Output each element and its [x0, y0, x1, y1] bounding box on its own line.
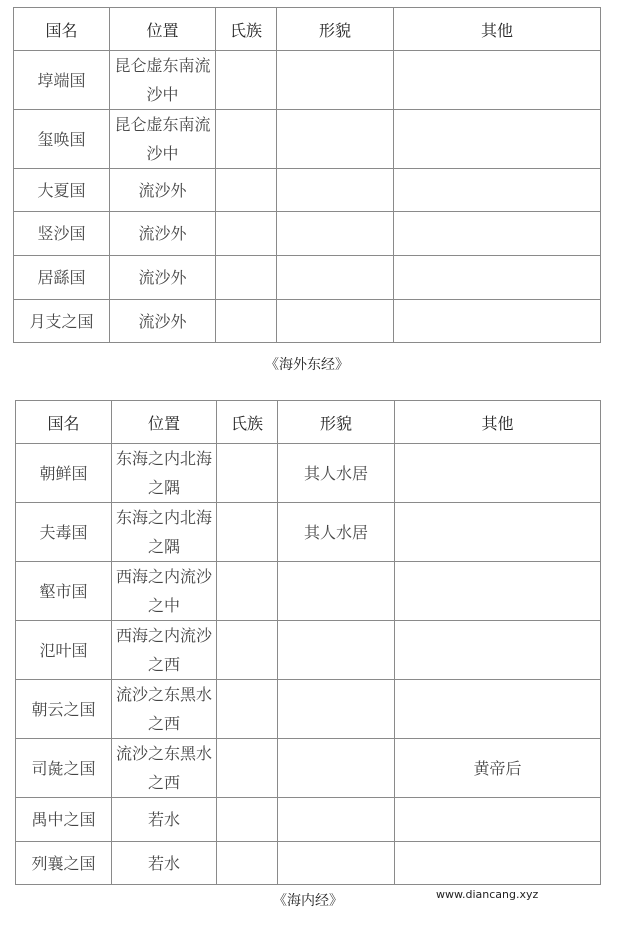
table-row: 朝云之国 流沙之东黑水之西: [16, 680, 601, 739]
header-clan: 氏族: [216, 8, 277, 51]
cell-location: 西海之内流沙之西: [112, 621, 217, 680]
cell-other: [394, 51, 601, 110]
cell-location: 若水: [112, 842, 217, 885]
table-row: 司彘之国 流沙之东黑水之西 黄帝后: [16, 739, 601, 798]
cell-appearance: [277, 256, 394, 300]
cell-other: [395, 842, 601, 885]
table-row: 大夏国 流沙外: [14, 169, 601, 212]
cell-other: [395, 621, 601, 680]
cell-other: [394, 110, 601, 169]
cell-country: 居繇国: [14, 256, 110, 300]
cell-appearance: [277, 169, 394, 212]
table-row: 埻端国 昆仑虚东南流沙中: [14, 51, 601, 110]
cell-location: 昆仑虚东南流沙中: [110, 110, 216, 169]
cell-appearance: [278, 562, 395, 621]
cell-clan: [217, 842, 278, 885]
table-row: 竖沙国 流沙外: [14, 212, 601, 256]
header-appearance: 形貌: [277, 8, 394, 51]
cell-appearance: 其人水居: [278, 444, 395, 503]
cell-clan: [216, 169, 277, 212]
cell-other: [395, 503, 601, 562]
header-appearance: 形貌: [278, 401, 395, 444]
cell-appearance: 其人水居: [278, 503, 395, 562]
header-other: 其他: [395, 401, 601, 444]
table-row: 居繇国 流沙外: [14, 256, 601, 300]
cell-country: 禺中之国: [16, 798, 112, 842]
caption-haiwai-dongjing: 《海外东经》: [265, 354, 349, 374]
header-location: 位置: [110, 8, 216, 51]
cell-location: 若水: [112, 798, 217, 842]
cell-clan: [217, 798, 278, 842]
cell-country: 朝云之国: [16, 680, 112, 739]
cell-country: 玺唤国: [14, 110, 110, 169]
table-haiwai-dongjing: 国名 位置 氏族 形貌 其他 埻端国 昆仑虚东南流沙中 玺唤国 昆仑虚东南流沙中…: [13, 7, 601, 343]
cell-appearance: [277, 110, 394, 169]
cell-location: 流沙外: [110, 212, 216, 256]
cell-clan: [217, 739, 278, 798]
cell-country: 月支之国: [14, 300, 110, 343]
cell-other: [394, 212, 601, 256]
cell-location: 西海之内流沙之中: [112, 562, 217, 621]
cell-clan: [217, 562, 278, 621]
caption-hainei-jing: 《海内经》: [273, 890, 343, 910]
cell-country: 夫毒国: [16, 503, 112, 562]
cell-location: 流沙外: [110, 256, 216, 300]
cell-country: 大夏国: [14, 169, 110, 212]
cell-clan: [216, 300, 277, 343]
cell-other: [394, 169, 601, 212]
cell-country: 竖沙国: [14, 212, 110, 256]
table-row: 朝鲜国 东海之内北海之隅 其人水居: [16, 444, 601, 503]
cell-other: [395, 562, 601, 621]
cell-appearance: [278, 621, 395, 680]
cell-country: 朝鲜国: [16, 444, 112, 503]
table-row: 壑市国 西海之内流沙之中: [16, 562, 601, 621]
cell-appearance: [277, 212, 394, 256]
cell-clan: [217, 680, 278, 739]
table-row: 列襄之国 若水: [16, 842, 601, 885]
cell-country: 列襄之国: [16, 842, 112, 885]
watermark-url: www.diancang.xyz: [436, 888, 538, 901]
cell-appearance: [278, 842, 395, 885]
cell-country: 壑市国: [16, 562, 112, 621]
cell-clan: [216, 212, 277, 256]
cell-location: 东海之内北海之隅: [112, 444, 217, 503]
cell-appearance: [278, 798, 395, 842]
cell-location: 流沙之东黑水之西: [112, 680, 217, 739]
cell-clan: [216, 51, 277, 110]
header-clan: 氏族: [217, 401, 278, 444]
cell-appearance: [277, 300, 394, 343]
table-row: 玺唤国 昆仑虚东南流沙中: [14, 110, 601, 169]
cell-clan: [216, 256, 277, 300]
cell-location: 流沙外: [110, 300, 216, 343]
table-row: 月支之国 流沙外: [14, 300, 601, 343]
table-row: 禺中之国 若水: [16, 798, 601, 842]
header-country: 国名: [14, 8, 110, 51]
cell-country: 埻端国: [14, 51, 110, 110]
header-other: 其他: [394, 8, 601, 51]
cell-clan: [217, 503, 278, 562]
cell-country: 司彘之国: [16, 739, 112, 798]
cell-other: [395, 444, 601, 503]
cell-clan: [217, 621, 278, 680]
cell-other: [394, 256, 601, 300]
cell-appearance: [277, 51, 394, 110]
cell-country: 氾叶国: [16, 621, 112, 680]
cell-appearance: [278, 739, 395, 798]
table-header-row: 国名 位置 氏族 形貌 其他: [14, 8, 601, 51]
header-country: 国名: [16, 401, 112, 444]
cell-other: 黄帝后: [395, 739, 601, 798]
cell-location: 东海之内北海之隅: [112, 503, 217, 562]
cell-location: 流沙之东黑水之西: [112, 739, 217, 798]
cell-clan: [216, 110, 277, 169]
cell-appearance: [278, 680, 395, 739]
table-row: 氾叶国 西海之内流沙之西: [16, 621, 601, 680]
cell-location: 昆仑虚东南流沙中: [110, 51, 216, 110]
cell-other: [395, 680, 601, 739]
cell-other: [395, 798, 601, 842]
header-location: 位置: [112, 401, 217, 444]
table-hainei-jing: 国名 位置 氏族 形貌 其他 朝鲜国 东海之内北海之隅 其人水居 夫毒国 东海之…: [15, 400, 601, 885]
cell-other: [394, 300, 601, 343]
table-row: 夫毒国 东海之内北海之隅 其人水居: [16, 503, 601, 562]
cell-clan: [217, 444, 278, 503]
cell-location: 流沙外: [110, 169, 216, 212]
table-header-row: 国名 位置 氏族 形貌 其他: [16, 401, 601, 444]
